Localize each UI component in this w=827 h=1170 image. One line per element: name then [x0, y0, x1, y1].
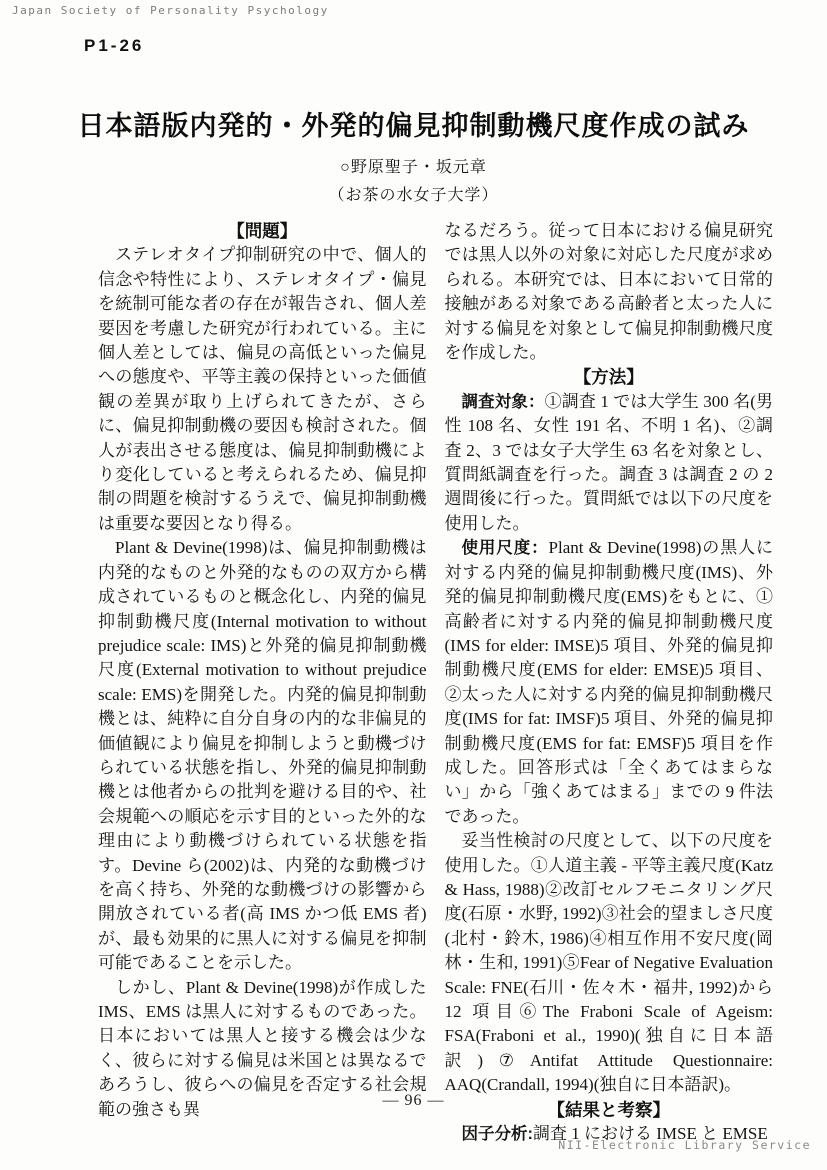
method-heading: 【方法】 [445, 365, 774, 389]
content-columns: 【問題】 ステレオタイプ抑制研究の中で、個人的信念や特性により、ステレオタイプ・… [98, 219, 773, 1146]
survey-subjects-lead: 調査対象： [462, 393, 545, 411]
scales-used-lead: 使用尺度： [462, 539, 549, 557]
paragraph-problem-1: ステレオタイプ抑制研究の中で、個人的信念や特性により、ステレオタイプ・偏見を統制… [98, 243, 427, 536]
session-code: P1-26 [84, 36, 144, 56]
paragraph-scales-used: 使用尺度：Plant & Devine(1998)の黒人に対する内発的偏見抑制動… [445, 536, 774, 829]
paper-title: 日本語版内発的・外発的偏見抑制動機尺度作成の試み [0, 104, 827, 143]
nii-footer: NII-Electronic Library Service [558, 1138, 811, 1152]
paragraph-continuation: なるだろう。従って日本における偏見研究では黒人以外の対象に対応した尺度が求められ… [445, 219, 774, 365]
problem-heading: 【問題】 [98, 219, 427, 243]
scanned-paper-page: Japan Society of Personality Psychology … [0, 0, 827, 1170]
paragraph-validity-scales: 妥当性検討の尺度として、以下の尺度を使用した。①人道主義 - 平等主義尺度(Ka… [445, 829, 774, 1097]
scales-used-text: Plant & Devine(1998)の黒人に対する内発的偏見抑制動機尺度(I… [445, 538, 774, 825]
paragraph-survey-subjects: 調査対象：①調査 1 では大学生 300 名(男性 108 名、女性 191 名… [445, 390, 774, 536]
right-column: なるだろう。従って日本における偏見研究では黒人以外の対象に対応した尺度が求められ… [445, 219, 774, 1146]
library-header: Japan Society of Personality Psychology [12, 4, 329, 17]
paragraph-problem-2: Plant & Devine(1998)は、偏見抑制動機は内発的なものと外発的な… [98, 536, 427, 975]
authors-line: ○野原聖子・坂元章 [0, 154, 827, 177]
factor-analysis-lead: 因子分析: [462, 1125, 534, 1143]
page-number: — 96 — [0, 1092, 827, 1110]
left-column: 【問題】 ステレオタイプ抑制研究の中で、個人的信念や特性により、ステレオタイプ・… [98, 219, 427, 1146]
survey-subjects-text: ①調査 1 では大学生 300 名(男性 108 名、女性 191 名、不明 1… [445, 392, 774, 533]
affiliation-line: （お茶の水女子大学） [0, 182, 827, 205]
title-block: 日本語版内発的・外発的偏見抑制動機尺度作成の試み ○野原聖子・坂元章 （お茶の水… [0, 104, 827, 205]
